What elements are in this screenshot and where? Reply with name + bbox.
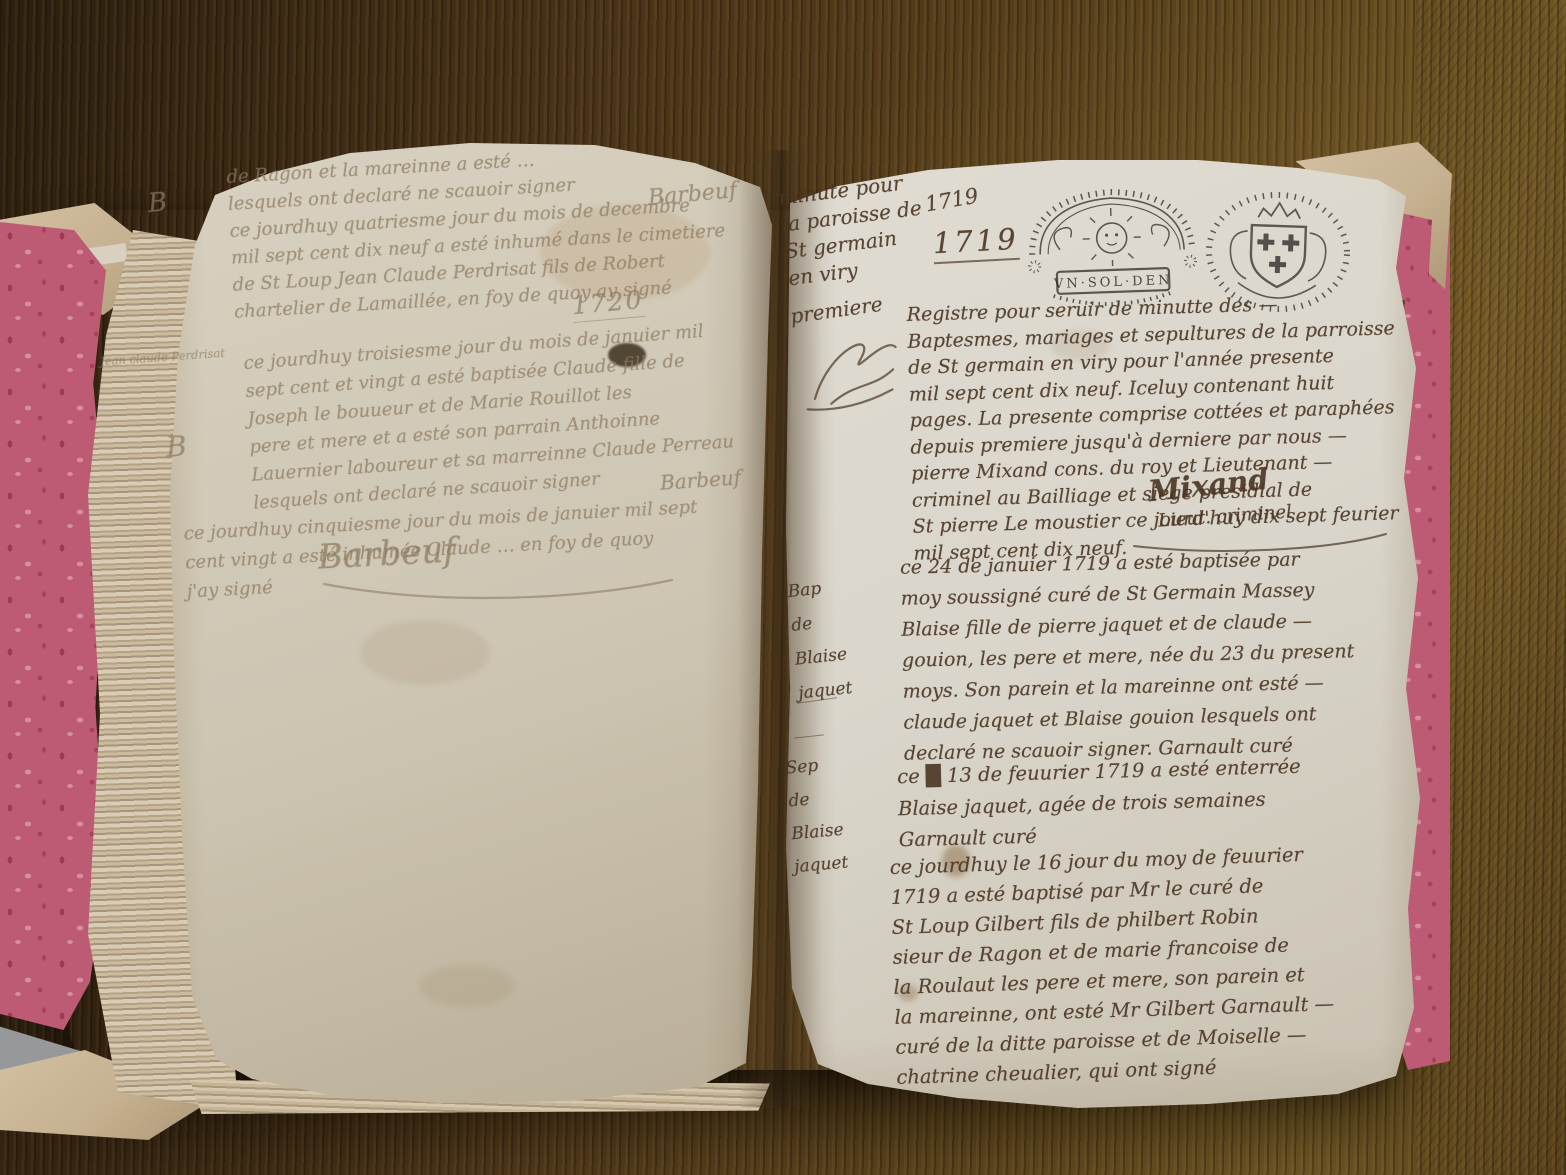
year-heading-1719: 1719: [932, 222, 1020, 264]
fiscal-stamp-sun-icon: VN·SOL·DEN: [1020, 183, 1204, 311]
signature-barbeuf-large: Barbeuf: [317, 530, 457, 577]
paper-stain: [420, 965, 515, 1007]
margin-sep-note: SepdeBlaisejaquet: [784, 748, 849, 884]
baptism-entry-blaise-jaquet: ce 24 de januier 1719 a esté baptisée pa…: [900, 543, 1357, 769]
register-opening-note: Registre pour seruir de minutte des —Bap…: [906, 288, 1401, 567]
paraph-mark-2: B: [165, 429, 188, 463]
stamp-banner-text: VN·SOL·DEN: [1053, 273, 1173, 292]
handwritten-line: Bap: [786, 570, 843, 609]
paper-stain: [360, 620, 490, 685]
handwritten-line: de: [790, 603, 847, 642]
baptism-entry-gilbert-robin: ce jourdhuy le 16 jour du moy de feuurie…: [889, 839, 1336, 1093]
burial-entry-1719-left: de Ragon et la mareinne a esté …lesquels…: [226, 136, 729, 325]
paraph-flourish: [792, 322, 918, 416]
handwritten-line: Blaise: [790, 814, 847, 852]
signature-flourish: [320, 576, 680, 604]
handwritten-line: jaquet: [793, 847, 850, 885]
paraph-mark-1: B: [146, 187, 168, 219]
year-heading-1720: 1720: [571, 285, 645, 323]
handwritten-line: jaquet: [797, 671, 854, 710]
handwritten-line: de: [787, 781, 844, 819]
cross-charges: [1256, 233, 1299, 273]
handwritten-line: Sep: [784, 748, 841, 786]
burial-entry-blaise-jaquet: ce █ 13 de feuurier 1719 a esté enterrée…: [897, 751, 1303, 856]
corner-note-parish: minute pourla paroisse deSt germainen vi…: [777, 168, 930, 292]
handwritten-line: Blaise: [793, 637, 850, 676]
